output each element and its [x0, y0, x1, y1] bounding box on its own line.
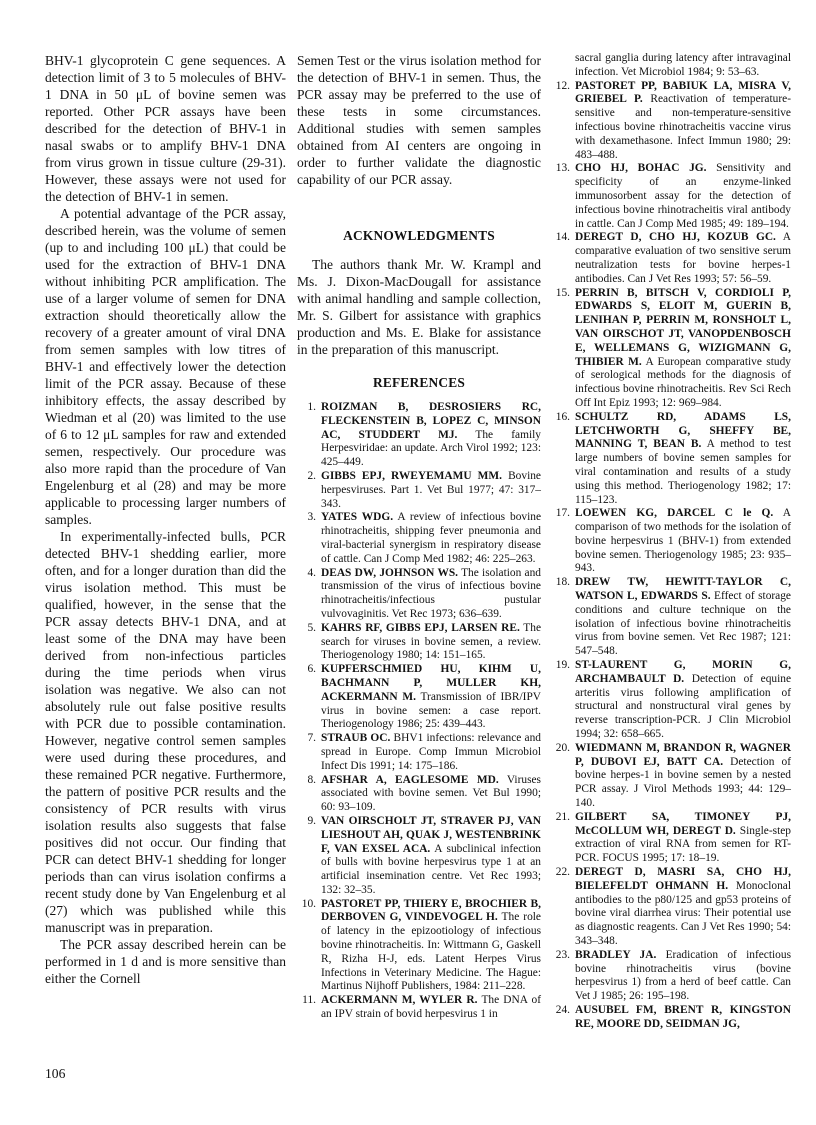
reference-number: 10. — [297, 898, 316, 995]
reference-authors: SCHULTZ RD, ADAMS LS, LETCHWORTH G, SHEF… — [575, 411, 791, 451]
column-middle-body: Semen Test or the virus isolation method… — [297, 52, 541, 188]
reference-authors: DEREGT D, MASRI SA, CHO HJ, BIELEFELDT O… — [575, 866, 791, 892]
reference-item: 6.KUPFERSCHMIED HU, KIHM U, BACHMANN P, … — [297, 663, 541, 732]
reference-text: STRAUB OC. BHV1 infections: relevance an… — [321, 732, 541, 773]
reference-number: 8. — [297, 774, 316, 815]
reference-text: GILBERT SA, TIMONEY PJ, McCOLLUM WH, DER… — [575, 811, 791, 866]
reference-text: DEREGT D, MASRI SA, CHO HJ, BIELEFELDT O… — [575, 866, 791, 949]
reference-item: 23.BRADLEY JA. Eradication of infectious… — [551, 949, 791, 1004]
reference-text: GIBBS EPJ, RWEYEMAMU MM. Bovine herpesvi… — [321, 470, 541, 511]
reference-authors: ACKERMANN M, WYLER R. — [321, 994, 478, 1006]
reference-number: 2. — [297, 470, 316, 511]
reference-text: ROIZMAN B, DESROSIERS RC, FLECKENSTEIN B… — [321, 401, 541, 470]
reference-item: 20.WIEDMANN M, BRANDON R, WAGNER P, DUBO… — [551, 742, 791, 811]
body-paragraph: The authors thank Mr. W. Krampl and Ms. … — [297, 256, 541, 358]
reference-authors: AUSUBEL FM, BRENT R, KINGSTON RE, MOORE … — [575, 1004, 791, 1030]
reference-text: VAN OIRSCHOLT JT, STRAVER PJ, VAN LIESHO… — [321, 815, 541, 898]
reference-item: 8.AFSHAR A, EAGLESOME MD. Viruses associ… — [297, 774, 541, 815]
reference-number: 9. — [297, 815, 316, 898]
reference-number: 20. — [551, 742, 570, 811]
reference-text: KUPFERSCHMIED HU, KIHM U, BACHMANN P, MU… — [321, 663, 541, 732]
reference-text: ACKERMANN M, WYLER R. The DNA of an IPV … — [321, 994, 541, 1022]
reference-number: 15. — [551, 287, 570, 411]
acknowledgments-paragraph: The authors thank Mr. W. Krampl and Ms. … — [297, 256, 541, 358]
reference-authors: STRAUB OC. — [321, 732, 390, 744]
reference-number: 6. — [297, 663, 316, 732]
reference-item: 4.DEAS DW, JOHNSON WS. The isolation and… — [297, 567, 541, 622]
body-paragraph: BHV-1 glycoprotein C gene sequences. A d… — [45, 52, 286, 205]
reference-text: SCHULTZ RD, ADAMS LS, LETCHWORTH G, SHEF… — [575, 411, 791, 508]
reference-text: ST-LAURENT G, MORIN G, ARCHAMBAULT D. De… — [575, 659, 791, 742]
reference-text: PERRIN B, BITSCH V, CORDIOLI P, EDWARDS … — [575, 287, 791, 411]
reference-authors: CHO HJ, BOHAC JG. — [575, 162, 707, 174]
reference-authors: ROIZMAN B, DESROSIERS RC, FLECKENSTEIN B… — [321, 401, 541, 441]
reference-list-1-11: 1.ROIZMAN B, DESROSIERS RC, FLECKENSTEIN… — [297, 401, 541, 1022]
reference-item: 2.GIBBS EPJ, RWEYEMAMU MM. Bovine herpes… — [297, 470, 541, 511]
reference-text: AUSUBEL FM, BRENT R, KINGSTON RE, MOORE … — [575, 1004, 791, 1032]
reference-item: 10.PASTORET PP, THIERY E, BROCHIER B, DE… — [297, 898, 541, 995]
column-left: BHV-1 glycoprotein C gene sequences. A d… — [45, 52, 286, 987]
reference-item: 24.AUSUBEL FM, BRENT R, KINGSTON RE, MOO… — [551, 1004, 791, 1032]
reference-authors: PERRIN B, BITSCH V, CORDIOLI P, EDWARDS … — [575, 287, 791, 368]
page-number: 106 — [45, 1066, 65, 1082]
reference-number: 24. — [551, 1004, 570, 1032]
reference-authors: PASTORET PP, THIERY E, BROCHIER B, DERBO… — [321, 898, 541, 924]
reference-number: 19. — [551, 659, 570, 742]
reference-text: WIEDMANN M, BRANDON R, WAGNER P, DUBOVI … — [575, 742, 791, 811]
reference-text: BRADLEY JA. Eradication of infectious bo… — [575, 949, 791, 1004]
reference-number: 21. — [551, 811, 570, 866]
reference-item: 12.PASTORET PP, BABIUK LA, MISRA V, GRIE… — [551, 80, 791, 163]
reference-authors: DEREGT D, CHO HJ, KOZUB GC. — [575, 231, 776, 243]
reference-item: 15.PERRIN B, BITSCH V, CORDIOLI P, EDWAR… — [551, 287, 791, 411]
reference-authors: DREW TW, HEWITT-TAYLOR C, WATSON L, EDWA… — [575, 576, 791, 602]
reference-text: PASTORET PP, THIERY E, BROCHIER B, DERBO… — [321, 898, 541, 995]
reference-number: 16. — [551, 411, 570, 508]
reference-text: CHO HJ, BOHAC JG. Sensitivity and specif… — [575, 162, 791, 231]
reference-number: 11. — [297, 994, 316, 1022]
journal-page: BHV-1 glycoprotein C gene sequences. A d… — [0, 0, 816, 1125]
body-paragraph: In experimentally-infected bulls, PCR de… — [45, 528, 286, 936]
reference-item: 19.ST-LAURENT G, MORIN G, ARCHAMBAULT D.… — [551, 659, 791, 742]
reference-number: 5. — [297, 622, 316, 663]
reference-authors: GIBBS EPJ, RWEYEMAMU MM. — [321, 470, 502, 482]
reference-text: DEREGT D, CHO HJ, KOZUB GC. A comparativ… — [575, 231, 791, 286]
reference-item: 16.SCHULTZ RD, ADAMS LS, LETCHWORTH G, S… — [551, 411, 791, 508]
column-right: sacral ganglia during latency after intr… — [551, 52, 791, 1032]
reference-number: 1. — [297, 401, 316, 470]
reference-authors: WIEDMANN M, BRANDON R, WAGNER P, DUBOVI … — [575, 742, 791, 768]
reference-authors: AFSHAR A, EAGLESOME MD. — [321, 774, 499, 786]
column-middle: Semen Test or the virus isolation method… — [297, 52, 541, 1022]
references-heading: REFERENCES — [297, 375, 541, 391]
body-paragraph: Semen Test or the virus isolation method… — [297, 52, 541, 188]
reference-item: 13.CHO HJ, BOHAC JG. Sensitivity and spe… — [551, 162, 791, 231]
reference-continuation: sacral ganglia during latency after intr… — [575, 52, 791, 80]
reference-item: 1.ROIZMAN B, DESROSIERS RC, FLECKENSTEIN… — [297, 401, 541, 470]
reference-item: 17.LOEWEN KG, DARCEL C le Q. A compariso… — [551, 507, 791, 576]
reference-item: 18.DREW TW, HEWITT-TAYLOR C, WATSON L, E… — [551, 576, 791, 659]
reference-item: 9.VAN OIRSCHOLT JT, STRAVER PJ, VAN LIES… — [297, 815, 541, 898]
reference-text: DREW TW, HEWITT-TAYLOR C, WATSON L, EDWA… — [575, 576, 791, 659]
reference-number: 12. — [551, 80, 570, 163]
reference-item: 11.ACKERMANN M, WYLER R. The DNA of an I… — [297, 994, 541, 1022]
reference-number: 7. — [297, 732, 316, 773]
reference-authors: LOEWEN KG, DARCEL C le Q. — [575, 507, 773, 519]
reference-authors: VAN OIRSCHOLT JT, STRAVER PJ, VAN LIESHO… — [321, 815, 541, 855]
reference-number: 3. — [297, 511, 316, 566]
reference-number: 22. — [551, 866, 570, 949]
reference-number: 4. — [297, 567, 316, 622]
reference-text: AFSHAR A, EAGLESOME MD. Viruses associat… — [321, 774, 541, 815]
reference-authors: BRADLEY JA. — [575, 949, 656, 961]
body-paragraph: The PCR assay described herein can be pe… — [45, 936, 286, 987]
reference-item: 7.STRAUB OC. BHV1 infections: relevance … — [297, 732, 541, 773]
reference-text: YATES WDG. A review of infectious bovine… — [321, 511, 541, 566]
reference-authors: KAHRS RF, GIBBS EPJ, LARSEN RE. — [321, 622, 520, 634]
reference-number: 13. — [551, 162, 570, 231]
reference-authors: PASTORET PP, BABIUK LA, MISRA V, GRIEBEL… — [575, 80, 791, 106]
reference-authors: KUPFERSCHMIED HU, KIHM U, BACHMANN P, MU… — [321, 663, 541, 703]
reference-authors: DEAS DW, JOHNSON WS. — [321, 567, 458, 579]
reference-text: KAHRS RF, GIBBS EPJ, LARSEN RE. The sear… — [321, 622, 541, 663]
reference-item: 14.DEREGT D, CHO HJ, KOZUB GC. A compara… — [551, 231, 791, 286]
reference-text: DEAS DW, JOHNSON WS. The isolation and t… — [321, 567, 541, 622]
reference-authors: ST-LAURENT G, MORIN G, ARCHAMBAULT D. — [575, 659, 791, 685]
acknowledgments-heading: ACKNOWLEDGMENTS — [297, 228, 541, 244]
reference-number: 14. — [551, 231, 570, 286]
reference-authors: GILBERT SA, TIMONEY PJ, McCOLLUM WH, DER… — [575, 811, 791, 837]
reference-item: 21.GILBERT SA, TIMONEY PJ, McCOLLUM WH, … — [551, 811, 791, 866]
reference-list-12-24: 12.PASTORET PP, BABIUK LA, MISRA V, GRIE… — [551, 80, 791, 1032]
reference-number: 23. — [551, 949, 570, 1004]
reference-authors: YATES WDG. — [321, 511, 393, 523]
body-paragraph: A potential advantage of the PCR assay, … — [45, 205, 286, 528]
reference-number: 17. — [551, 507, 570, 576]
reference-item: 3.YATES WDG. A review of infectious bovi… — [297, 511, 541, 566]
reference-text: LOEWEN KG, DARCEL C le Q. A comparison o… — [575, 507, 791, 576]
reference-number: 18. — [551, 576, 570, 659]
reference-item: 22.DEREGT D, MASRI SA, CHO HJ, BIELEFELD… — [551, 866, 791, 949]
reference-text: PASTORET PP, BABIUK LA, MISRA V, GRIEBEL… — [575, 80, 791, 163]
reference-item: 5.KAHRS RF, GIBBS EPJ, LARSEN RE. The se… — [297, 622, 541, 663]
